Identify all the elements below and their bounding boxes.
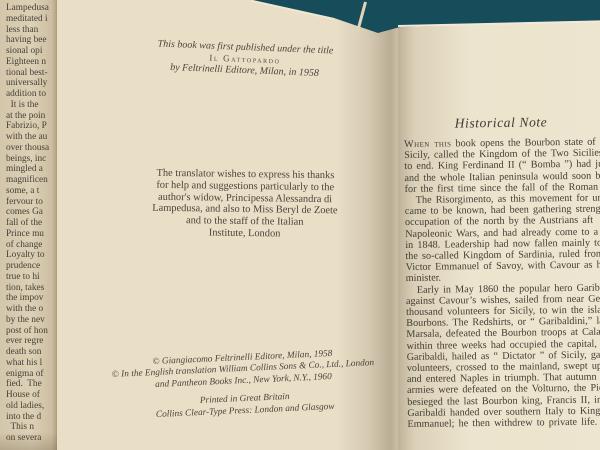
text-line: sional opi	[6, 46, 49, 57]
text-line: Lampedusa	[6, 3, 49, 14]
historical-note-paragraph-3: Early in May 1860 the popular hero Garib…	[406, 282, 600, 431]
paragraph-1-lines: Sicily, called the Kingdom of the Two Si…	[404, 147, 600, 195]
text-line: enigma of	[6, 369, 49, 380]
text-line: comes Ga	[6, 207, 49, 218]
text-line: beings, inc	[6, 154, 49, 165]
left-page-fragment: Lampedusameditated iless thanhaving bees…	[0, 0, 57, 450]
text-line: death son	[6, 347, 49, 358]
text-line: with the au	[6, 132, 49, 143]
text-line: what his l	[6, 358, 49, 369]
historical-note-paragraph-2: The Risorgimento, as this movement for u…	[405, 192, 600, 285]
text-line: House of	[6, 390, 49, 401]
text-line: magnificen	[6, 175, 49, 186]
text-line: tion, takes	[6, 283, 49, 294]
text-line: tional best-	[6, 68, 49, 79]
text-line: Fabrizio, P	[6, 121, 49, 132]
text-line: Eighteen n	[6, 57, 49, 68]
text-line: with the o	[6, 304, 49, 315]
text-line: prudence	[6, 261, 49, 272]
text-line: Emmanuel; he then withdrew to private li…	[407, 416, 600, 430]
historical-note-body: When this book opens the Bourbon state o…	[404, 136, 600, 430]
text-line: the impov	[6, 293, 49, 304]
left-page-fragment-text: Lampedusameditated iless thanhaving bees…	[6, 3, 49, 444]
text-line: over thousa	[6, 143, 49, 154]
text-line: having bee	[6, 35, 49, 46]
text-line: post of hon	[6, 326, 49, 337]
text-line: at the poin	[6, 111, 49, 122]
text-line: addition to	[6, 89, 49, 100]
book-photo: { "colors": { "background_teal": "#174c5…	[0, 0, 600, 450]
text-line: by the nev	[6, 315, 49, 326]
text-line: mingled a	[6, 164, 49, 175]
text-line: Prince mu	[6, 229, 49, 240]
text-line: meditated i	[6, 14, 49, 25]
text-line: fervour to	[6, 197, 49, 208]
text-line: old ladies,	[6, 401, 49, 412]
strip-bottom-shade	[0, 432, 57, 450]
text-line: some, a t	[6, 186, 49, 197]
historical-note-heading: Historical Note	[402, 114, 600, 133]
text-line: It is the	[6, 100, 49, 111]
text-line: true to hi	[6, 272, 49, 283]
text-line: Loyalty to	[6, 250, 49, 261]
historical-note-paragraph-1: When this book opens the Bourbon state o…	[404, 136, 600, 195]
text-line: less than	[6, 25, 49, 36]
text-line: into the d	[6, 412, 49, 423]
text-line: of change	[6, 240, 49, 251]
paragraph-lead-small-caps: When this	[404, 138, 451, 150]
text-line: fall of the	[6, 218, 49, 229]
text-line: ever regre	[6, 336, 49, 347]
text-line: universally	[6, 78, 49, 89]
text-line: fied. The	[6, 379, 49, 390]
translator-acknowledgement: The translator wishes to express his tha…	[100, 167, 391, 242]
